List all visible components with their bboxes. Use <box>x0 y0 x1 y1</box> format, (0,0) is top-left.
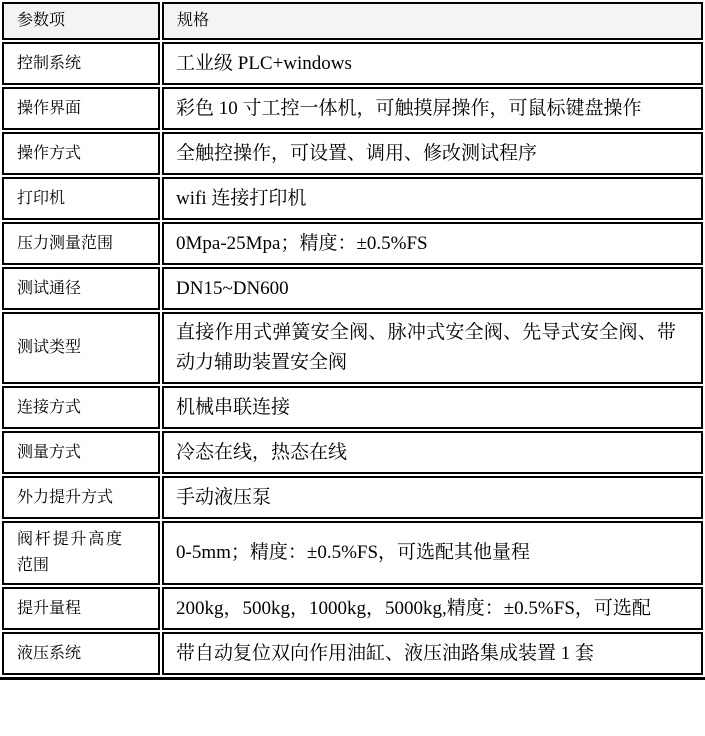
param-cell: 液压系统 <box>2 632 160 675</box>
param-cell: 测试通径 <box>2 267 160 310</box>
table-row: 测试类型直接作用式弹簧安全阀、脉冲式安全阀、先导式安全阀、带动力辅助装置安全阀 <box>2 312 703 384</box>
spec-cell: 机械串联连接 <box>162 386 703 429</box>
spec-cell: 200kg，500kg，1000kg，5000kg,精度：±0.5%FS，可选配 <box>162 587 703 630</box>
param-cell: 连接方式 <box>2 386 160 429</box>
column-header-param: 参数项 <box>2 2 160 40</box>
spec-cell: 0-5mm；精度：±0.5%FS，可选配其他量程 <box>162 521 703 585</box>
table-row: 测试通径DN15~DN600 <box>2 267 703 310</box>
spec-cell: 手动液压泵 <box>162 476 703 519</box>
table-row: 提升量程200kg，500kg，1000kg，5000kg,精度：±0.5%FS… <box>2 587 703 630</box>
table-row: 控制系统工业级 PLC+windows <box>2 42 703 85</box>
spec-table: 参数项 规格 控制系统工业级 PLC+windows操作界面彩色 10 寸工控一… <box>0 0 705 680</box>
spec-cell: DN15~DN600 <box>162 267 703 310</box>
table-row: 操作方式全触控操作，可设置、调用、修改测试程序 <box>2 132 703 175</box>
param-cell: 操作界面 <box>2 87 160 130</box>
param-cell: 测量方式 <box>2 431 160 474</box>
column-header-spec: 规格 <box>162 2 703 40</box>
table-row: 连接方式机械串联连接 <box>2 386 703 429</box>
table-row: 阀杆提升高度范围0-5mm；精度：±0.5%FS，可选配其他量程 <box>2 521 703 585</box>
table-row: 压力测量范围0Mpa-25Mpa；精度：±0.5%FS <box>2 222 703 265</box>
spec-cell: 工业级 PLC+windows <box>162 42 703 85</box>
param-cell: 控制系统 <box>2 42 160 85</box>
param-cell: 外力提升方式 <box>2 476 160 519</box>
table-row: 操作界面彩色 10 寸工控一体机，可触摸屏操作，可鼠标键盘操作 <box>2 87 703 130</box>
spec-cell: wifi 连接打印机 <box>162 177 703 220</box>
param-cell: 测试类型 <box>2 312 160 384</box>
spec-cell: 全触控操作，可设置、调用、修改测试程序 <box>162 132 703 175</box>
spec-table-body: 控制系统工业级 PLC+windows操作界面彩色 10 寸工控一体机，可触摸屏… <box>2 42 703 675</box>
spec-cell: 彩色 10 寸工控一体机，可触摸屏操作，可鼠标键盘操作 <box>162 87 703 130</box>
spec-cell: 0Mpa-25Mpa；精度：±0.5%FS <box>162 222 703 265</box>
param-cell: 操作方式 <box>2 132 160 175</box>
header-row: 参数项 规格 <box>2 2 703 40</box>
spec-cell: 冷态在线，热态在线 <box>162 431 703 474</box>
table-row: 液压系统带自动复位双向作用油缸、液压油路集成装置 1 套 <box>2 632 703 675</box>
param-cell: 阀杆提升高度范围 <box>2 521 160 585</box>
spec-cell: 直接作用式弹簧安全阀、脉冲式安全阀、先导式安全阀、带动力辅助装置安全阀 <box>162 312 703 384</box>
param-cell: 打印机 <box>2 177 160 220</box>
table-row: 测量方式冷态在线，热态在线 <box>2 431 703 474</box>
param-cell: 提升量程 <box>2 587 160 630</box>
spec-sheet: 参数项 规格 控制系统工业级 PLC+windows操作界面彩色 10 寸工控一… <box>0 0 705 680</box>
param-cell: 压力测量范围 <box>2 222 160 265</box>
spec-cell: 带自动复位双向作用油缸、液压油路集成装置 1 套 <box>162 632 703 675</box>
table-row: 外力提升方式手动液压泵 <box>2 476 703 519</box>
table-row: 打印机wifi 连接打印机 <box>2 177 703 220</box>
